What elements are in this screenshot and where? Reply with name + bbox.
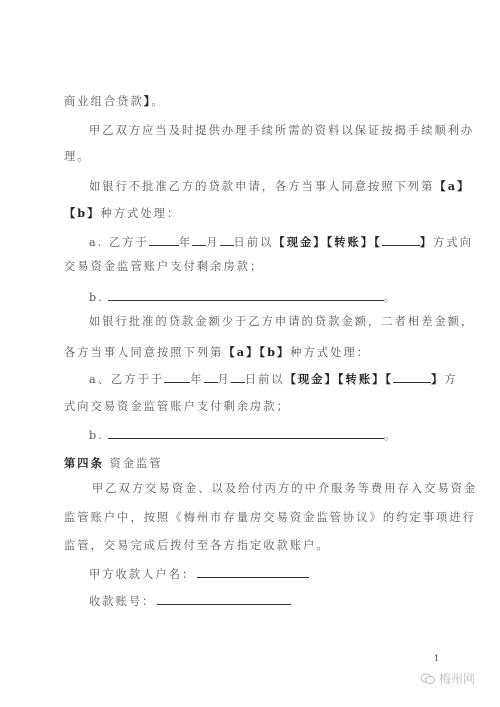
- cash-option: 【现金】: [273, 235, 326, 249]
- year-blank[interactable]: [149, 234, 179, 246]
- page-number: 1: [434, 654, 439, 663]
- month-blank[interactable]: [192, 234, 206, 246]
- text: 日前以: [234, 236, 274, 249]
- watermark: 梅州网: [420, 670, 475, 687]
- article-number: 第四条: [64, 456, 104, 470]
- text: 月: [206, 236, 219, 249]
- text: 年: [179, 236, 192, 249]
- paragraph-line: 理。: [64, 150, 91, 164]
- paragraph-line: 监管，交易完成后拨付至各方指定收款账户。: [64, 539, 330, 553]
- payee-name-label: 甲方收款人户名：: [89, 568, 195, 581]
- payee-name-row: 甲方收款人户名：: [89, 566, 309, 582]
- article-heading: 第四条 资金监管: [64, 456, 163, 471]
- punct: 。: [384, 429, 397, 442]
- option-b-blank[interactable]: [108, 289, 384, 301]
- paragraph-line: 如银行批准的贷款金额少于乙方申请的贷款金额，二者相差金额，: [89, 315, 474, 329]
- punct: 。: [151, 95, 164, 108]
- method-blank[interactable]: [382, 234, 420, 246]
- text: 日前以: [245, 373, 285, 386]
- text: a. 乙方于: [89, 236, 149, 249]
- method-blank[interactable]: [393, 371, 431, 383]
- paragraph-line: 式向交易资金监管账户支付剩余房款；: [64, 400, 290, 414]
- day-blank[interactable]: [231, 371, 245, 383]
- bracket: 】: [431, 372, 444, 386]
- day-blank[interactable]: [220, 234, 234, 246]
- option-a: 【a】: [434, 179, 470, 193]
- text: 方: [444, 373, 457, 386]
- punct: 。: [384, 291, 397, 304]
- paragraph-line: 如银行不批准乙方的贷款申请，各方当事人同意按照下列第【a】: [89, 179, 470, 194]
- transfer-option: 【转账】: [327, 235, 375, 249]
- text: a、乙方于于: [89, 373, 164, 386]
- paragraph-line: a、乙方于于年月日前以【现金】【转账】【】方: [89, 371, 458, 387]
- paragraph-line: 各方当事人同意按照下列第【a】【b】种方式处理：: [64, 345, 370, 360]
- article-title: 资金监管: [110, 457, 163, 470]
- text: 如银行不批准乙方的贷款申请，各方当事人同意按照下列第: [89, 180, 434, 193]
- paragraph-line: 监管账户中，按照《梅州市存量房交易资金监管协议》的约定事项进行: [64, 511, 476, 525]
- bracket: 【: [374, 235, 382, 249]
- text: 种方式处理：: [101, 207, 181, 220]
- text: b.: [89, 429, 104, 442]
- wechat-icon: [420, 673, 436, 685]
- text: 商业组合贷款: [64, 95, 144, 108]
- text: 方式向: [433, 236, 473, 249]
- option-b-blank[interactable]: [108, 427, 384, 439]
- cash-option: 【现金】: [285, 372, 338, 386]
- paragraph-line: 【b】种方式处理：: [64, 206, 180, 221]
- text: 各方当事人同意按照下列第: [64, 346, 223, 359]
- text: 年: [190, 373, 203, 386]
- account-number-label: 收款账号：: [89, 595, 155, 608]
- account-number-blank[interactable]: [157, 593, 291, 605]
- paragraph-line: 甲乙双方应当及时提供办理手续所需的资料以保证按揭手续顺利办: [89, 124, 474, 138]
- year-blank[interactable]: [164, 371, 190, 383]
- account-number-row: 收款账号：: [89, 593, 291, 609]
- paragraph-line: b.。: [89, 427, 397, 443]
- text: b.: [89, 291, 104, 304]
- paragraph-line: 商业组合贷款】。: [64, 94, 165, 109]
- payee-name-blank[interactable]: [197, 566, 309, 578]
- paragraph-line: b.。: [89, 289, 397, 305]
- text: 月: [218, 373, 231, 386]
- text: 种方式处理：: [290, 346, 370, 359]
- bracket: 【: [385, 372, 393, 386]
- option-b: 【b】: [64, 206, 101, 220]
- transfer-option: 【转账】: [338, 372, 386, 386]
- bracket: 】: [420, 235, 433, 249]
- paragraph-line: 甲乙双方交易资金、以及给付丙方的中介服务等费用存入交易资金: [92, 482, 477, 496]
- month-blank[interactable]: [204, 371, 218, 383]
- watermark-text: 梅州网: [439, 670, 475, 687]
- paragraph-line: 交易资金监管账户支付剩余房款；: [64, 260, 263, 274]
- paragraph-line: a. 乙方于年月日前以【现金】【转账】【】方式向: [89, 234, 473, 250]
- option-a: 【a】: [223, 345, 259, 359]
- option-b: 【b】: [259, 345, 290, 359]
